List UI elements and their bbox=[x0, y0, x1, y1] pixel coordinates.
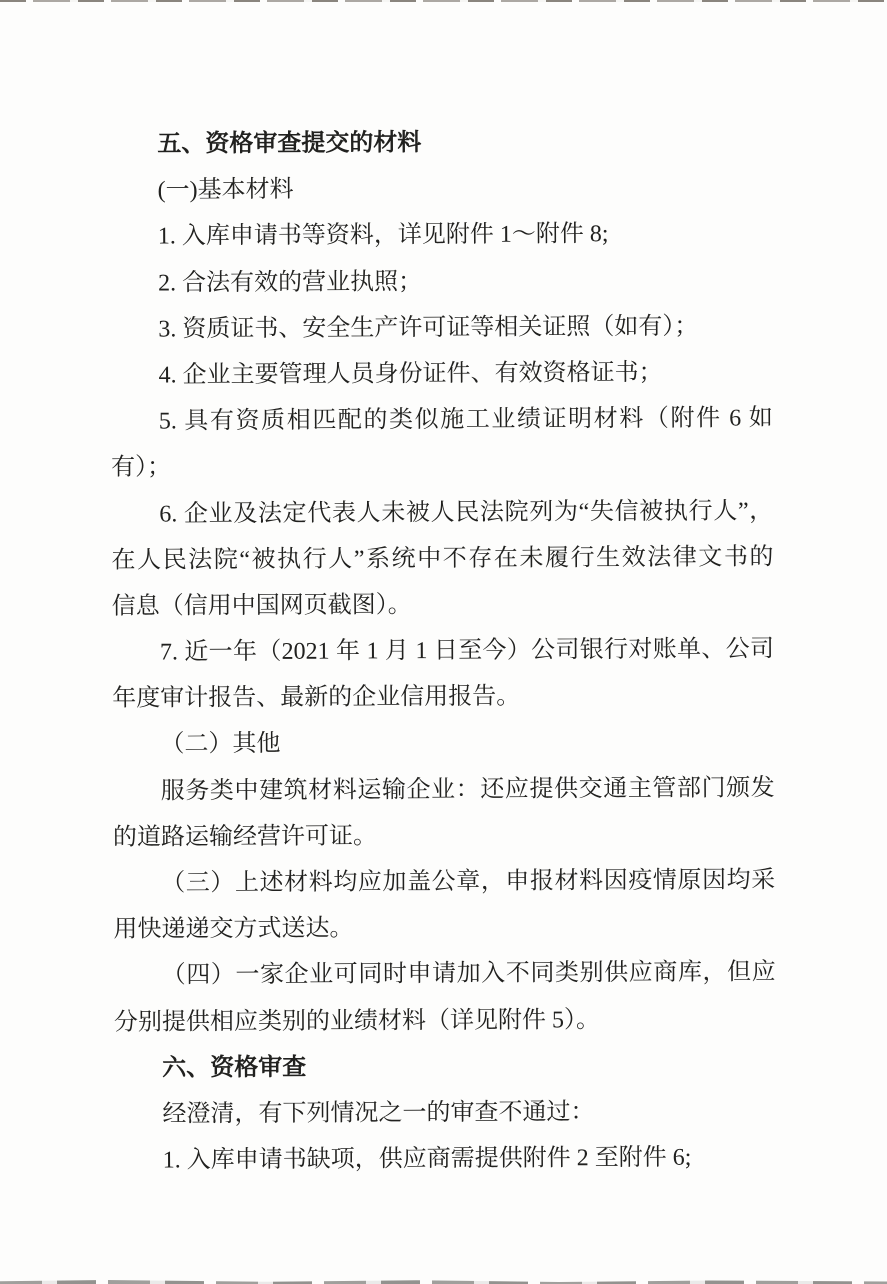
subsection-2-heading: （二）其他 bbox=[112, 719, 774, 769]
subsection-4-text-line-1: （四）一家企业可同时申请加入不同类别供应商库，但应 bbox=[114, 950, 776, 1000]
list-item-6-line-3: 信息（信用中国网页截图）。 bbox=[112, 580, 774, 630]
list-item-6-line-1: 6. 企业及法定代表人未被人民法院列为“失信被执行人”， bbox=[111, 488, 773, 538]
section-5-heading: 五、资格审查提交的材料 bbox=[109, 118, 771, 168]
list-item-5-line-2: 有）； bbox=[111, 442, 773, 492]
scanned-document-page: 五、资格审查提交的材料 (一)基本材料 1. 入库申请书等资料，详见附件 1～附… bbox=[0, 0, 887, 1284]
list-item-5-line-1: 5. 具有资质相匹配的类似施工业绩证明材料（附件 6 如 bbox=[111, 395, 773, 445]
list-item-1: 1. 入库申请书等资料，详见附件 1～附件 8; bbox=[110, 211, 772, 261]
subsection-1-heading: (一)基本材料 bbox=[109, 164, 771, 214]
list-item-6-line-2: 在人民法院“被执行人”系统中不存在未履行生效法律文书的 bbox=[111, 534, 773, 584]
subsection-3-text-line-1: （三）上述材料均应加盖公章，申报材料因疫情原因均采 bbox=[113, 857, 775, 907]
list-item-7-line-1: 7. 近一年（2021 年 1 月 1 日至今）公司银行对账单、公司 bbox=[112, 626, 774, 676]
section-6-list-item-1: 1. 入库申请书缺项，供应商需提供附件 2 至附件 6; bbox=[115, 1134, 777, 1184]
section-6-intro: 经澄清，有下列情况之一的审查不通过： bbox=[114, 1088, 776, 1138]
subsection-4-text-line-2: 分别提供相应类别的业绩材料（详见附件 5）。 bbox=[114, 996, 776, 1046]
subsection-3-text-line-2: 用快递递交方式送达。 bbox=[113, 903, 775, 953]
subsection-2-text-line-2: 的道路运输经营许可证。 bbox=[113, 811, 775, 861]
subsection-2-text-line-1: 服务类中建筑材料运输企业：还应提供交通主管部门颁发 bbox=[113, 765, 775, 815]
document-body: 五、资格审查提交的材料 (一)基本材料 1. 入库申请书等资料，详见附件 1～附… bbox=[109, 118, 777, 1184]
scan-top-edge-artifact bbox=[0, 0, 887, 2]
list-item-3: 3. 资质证书、安全生产许可证等相关证照（如有）； bbox=[110, 303, 772, 353]
section-6-heading: 六、资格审查 bbox=[114, 1042, 776, 1092]
list-item-2: 2. 合法有效的营业执照； bbox=[110, 257, 772, 307]
list-item-7-line-2: 年度审计报告、最新的企业信用报告。 bbox=[112, 673, 774, 723]
list-item-4: 4. 企业主要管理人员身份证件、有效资格证书； bbox=[110, 349, 772, 399]
scan-bottom-edge-artifact bbox=[0, 1279, 887, 1284]
